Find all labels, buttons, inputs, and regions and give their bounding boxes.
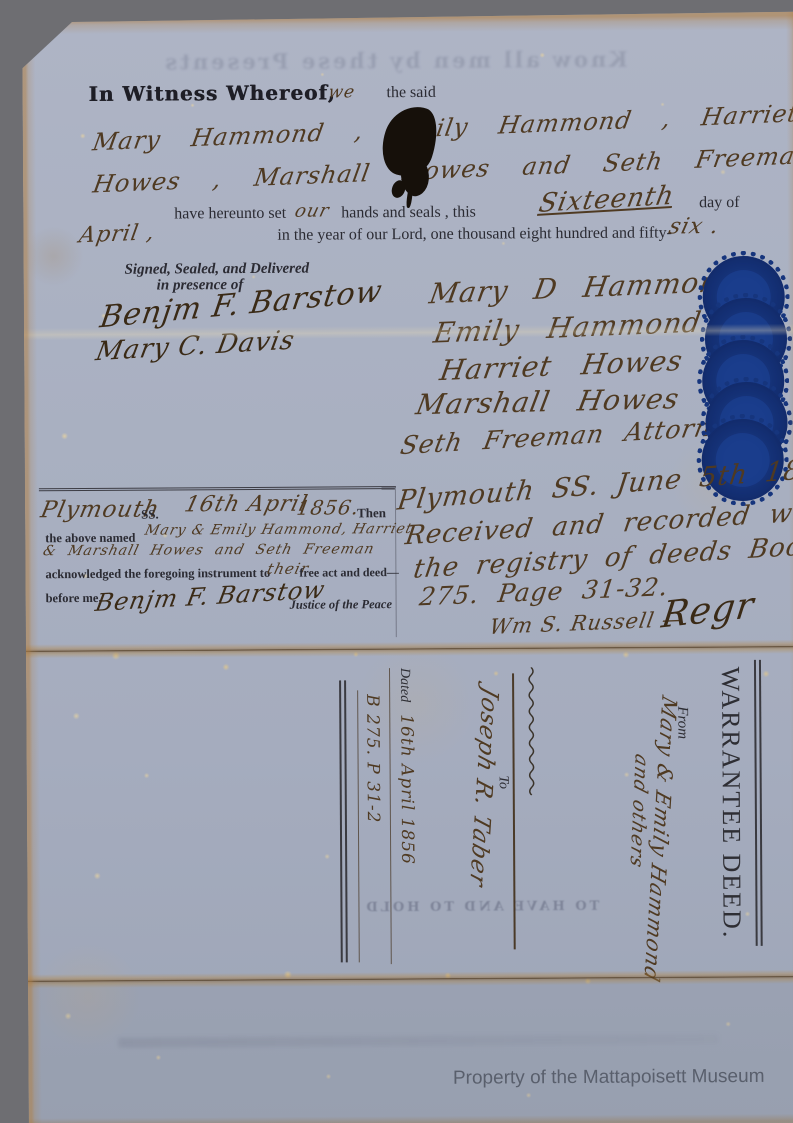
acknowledgment-box: Plymouth SS. 16th April 1856. Then the a… [39, 486, 397, 639]
registry-reg-flourish: Regr [659, 585, 757, 637]
docket-dated-group: Dated 16th April 1856 [389, 668, 418, 964]
witness-clause-we: we [327, 82, 357, 102]
docket-book-group: B 275. P 31-2 [357, 690, 384, 962]
docket-rule-bottom-outer [339, 680, 342, 962]
set-printed: have hereunto set [174, 205, 286, 224]
fold-line-upper [26, 640, 793, 659]
witness-clause-opening: In Witness Whereof, [88, 80, 335, 106]
ack-justice-title: Justice of the Peace [290, 597, 392, 613]
signature-mary-d-hammond: Mary D Hammond [427, 264, 740, 310]
docket-rule-bottom-inner [344, 680, 347, 962]
docket-from-group: From Mary & Emily Hammond and others [564, 670, 692, 959]
museum-watermark: Property of the Mattapoisett Museum [453, 1066, 765, 1090]
witness-clause-the-said: the said [386, 84, 435, 102]
docket-book-ref: B 275. P 31-2 [362, 694, 383, 823]
squiggle-divider-icon [527, 667, 536, 795]
presence-line1: Signed, Sealed, and Delivered [125, 261, 310, 279]
ack-ss: SS. [141, 507, 159, 523]
year-printed: in the year of our Lord, one thousand ei… [277, 224, 672, 244]
ack-year: 1856. [295, 495, 361, 519]
signature-harriet-howes: Harriet Howes [437, 344, 685, 387]
ack-then: Then [357, 505, 386, 521]
year-hand: six . [666, 214, 722, 239]
docket-title: WARRANTEE DEED. [699, 663, 747, 943]
deed-paper: Know all men by these Presents In Witnes… [22, 12, 793, 1123]
signature-marshall-howes: Marshall Howes [413, 382, 682, 421]
set-hand-our: our [293, 200, 332, 221]
docket-dated-value: 16th April 1856 [396, 714, 417, 865]
bleedthrough-mid-text: TO HAVE AND TO HOLD [363, 899, 599, 915]
docket-rule-top-inner [759, 660, 762, 946]
ack-before-printed: before me, [46, 591, 102, 606]
ack-names-hand2: & Marshall Howes and Seth Freeman [41, 541, 376, 559]
bleedthrough-top-text: Know all men by these Presents [162, 47, 627, 75]
day-of-printed: day of [699, 194, 740, 212]
month-hand: April , [77, 220, 157, 248]
lower-panel-tint [28, 977, 793, 1123]
docket-dated-label: Dated [397, 668, 412, 702]
date-day-hand: Sixteenth [536, 181, 676, 219]
bleedthrough-top-band: Know all men by these Presents [162, 46, 672, 79]
scanned-deed-image: { "scan": { "watermark": "Property of th… [0, 0, 793, 1123]
set-printed2: hands and seals , this [341, 204, 476, 223]
registry-registrar: Wm S. Russell — [488, 607, 687, 639]
docket-rule-top-outer [754, 660, 757, 946]
ack-names-hand1: Mary & Emily Hammond, Harriet [143, 521, 414, 539]
ack-date: 16th April [182, 492, 311, 518]
